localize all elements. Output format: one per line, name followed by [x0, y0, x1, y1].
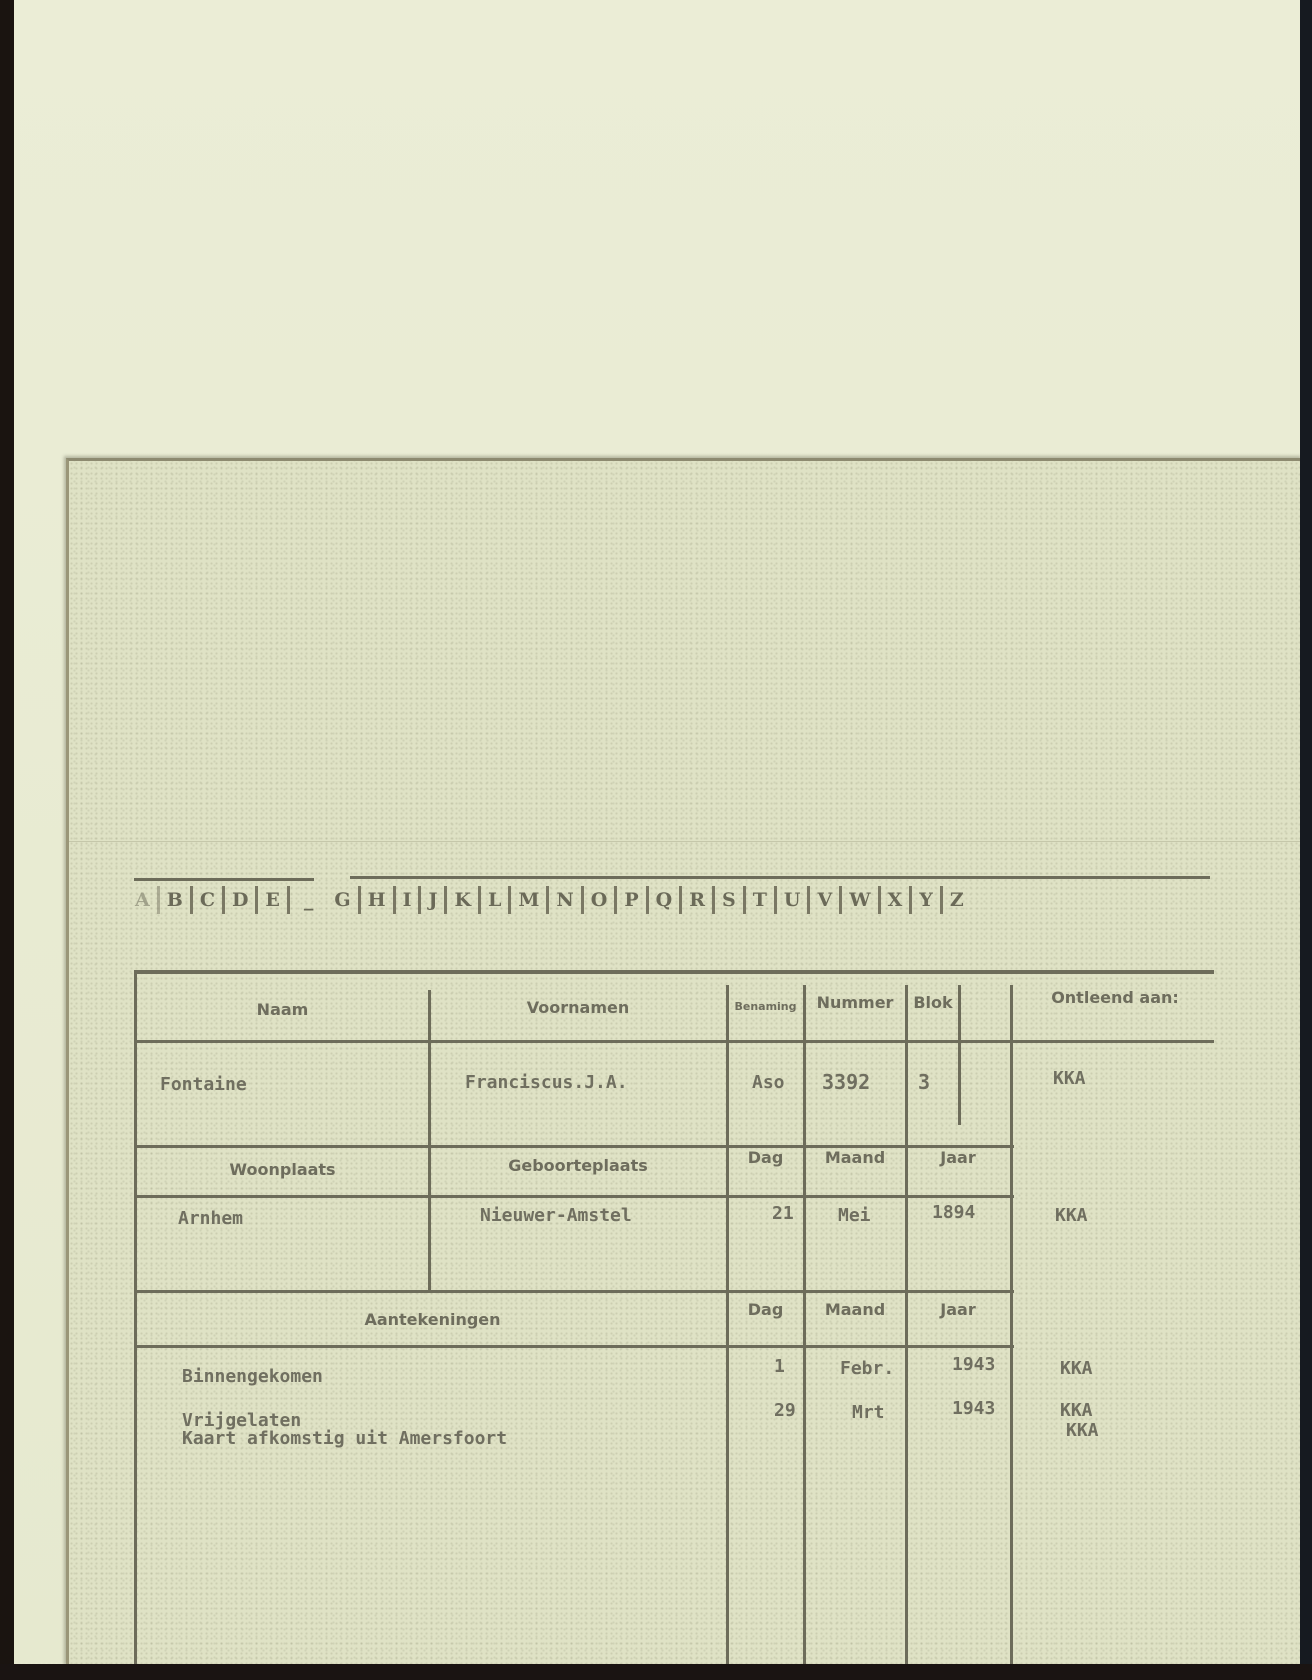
tab-top-line [134, 878, 314, 881]
index-tab: U [777, 886, 811, 914]
tab-top-line [350, 876, 1210, 879]
registration-card [66, 458, 1303, 1667]
index-tab: G [327, 886, 360, 914]
index-tab: C [193, 886, 225, 914]
index-tab: J [421, 886, 447, 914]
header-dag: Dag [728, 1148, 803, 1167]
ontleend-aan-value: KKA [1053, 1068, 1086, 1089]
index-tab: D [225, 886, 258, 914]
fold-line [69, 841, 1303, 842]
index-tab: N [549, 886, 583, 914]
note-jaar: 1943 [952, 1354, 995, 1375]
index-tab: X [881, 886, 913, 914]
index-tab: K [447, 886, 481, 914]
header-dag-2: Dag [728, 1300, 803, 1319]
index-tab: Z [943, 886, 971, 914]
benaming-value: Aso [752, 1072, 785, 1093]
woonplaats-value: Arnhem [178, 1208, 243, 1229]
index-tab: M [511, 886, 549, 914]
scan-border-left [0, 0, 14, 1680]
col-divider [905, 985, 908, 1664]
col-divider [958, 985, 961, 1125]
header-ontleend-aan: Ontleend aan: [1015, 988, 1215, 1007]
header-maand: Maand [806, 1148, 904, 1167]
header-blok: Blok [908, 993, 958, 1012]
index-tab: Y [912, 886, 943, 914]
note-dag: 1 [774, 1356, 785, 1377]
note-dag: 29 [774, 1400, 796, 1421]
index-tab: T [746, 886, 777, 914]
birth-dag-value: 21 [772, 1203, 794, 1224]
col-divider [726, 985, 729, 1664]
row-divider [134, 1040, 1214, 1043]
index-tab: V [810, 886, 842, 914]
scan-border-right [1300, 0, 1312, 1680]
row-divider [134, 1195, 1014, 1198]
index-tab: E [258, 886, 289, 914]
blok-value: 3 [918, 1070, 930, 1094]
header-nummer: Nummer [806, 993, 904, 1012]
naam-value: Fontaine [160, 1074, 247, 1095]
voornamen-value: Franciscus.J.A. [465, 1072, 628, 1093]
note-source: KKA [1060, 1358, 1093, 1379]
note-text: Binnengekomen [182, 1366, 323, 1387]
index-tab: L [481, 886, 511, 914]
header-jaar-2: Jaar [908, 1300, 1008, 1319]
header-maand-2: Maand [806, 1300, 904, 1319]
birth-maand-value: Mei [838, 1205, 871, 1226]
index-tab: W [842, 886, 880, 914]
index-tab: I [396, 886, 422, 914]
header-jaar: Jaar [908, 1148, 1008, 1167]
col-divider [803, 985, 806, 1664]
header-woonplaats: Woonplaats [140, 1160, 425, 1179]
index-tab: H [361, 886, 396, 914]
index-tab: S [715, 886, 746, 914]
index-tab: Q [649, 886, 683, 914]
index-tab: A [128, 886, 160, 914]
index-tab: B [160, 886, 193, 914]
index-tab: P [617, 886, 648, 914]
note-maand: Febr. [840, 1358, 894, 1379]
birth-source-value: KKA [1055, 1205, 1088, 1226]
header-aantekeningen: Aantekeningen [140, 1310, 725, 1329]
index-tab: O [584, 886, 618, 914]
alphabet-index-tabs: A B C D E _ G H I J K L M N O P Q R S T … [128, 882, 1198, 914]
row-divider [134, 1290, 1014, 1293]
note-source: KKA [1066, 1420, 1099, 1441]
col-divider [1010, 985, 1013, 1664]
col-divider [428, 990, 431, 1290]
note-jaar: 1943 [952, 1398, 995, 1419]
index-tab: R [682, 886, 715, 914]
table-left-border [134, 970, 137, 1664]
row-divider [134, 1345, 1014, 1348]
scan-border-bottom [0, 1664, 1312, 1680]
note-source: KKA [1060, 1400, 1093, 1421]
birth-jaar-value: 1894 [932, 1202, 975, 1223]
table-top-border [134, 970, 1214, 974]
header-benaming: Benaming [728, 1000, 803, 1013]
index-tab-cut: _ [290, 886, 328, 914]
geboorteplaats-value: Nieuwer-Amstel [480, 1205, 632, 1226]
header-naam: Naam [140, 1000, 425, 1019]
nummer-value: 3392 [822, 1070, 870, 1094]
note-maand: Mrt [852, 1402, 885, 1423]
header-voornamen: Voornamen [432, 998, 724, 1017]
note-text: Kaart afkomstig uit Amersfoort [182, 1428, 507, 1449]
header-geboorteplaats: Geboorteplaats [432, 1156, 724, 1175]
